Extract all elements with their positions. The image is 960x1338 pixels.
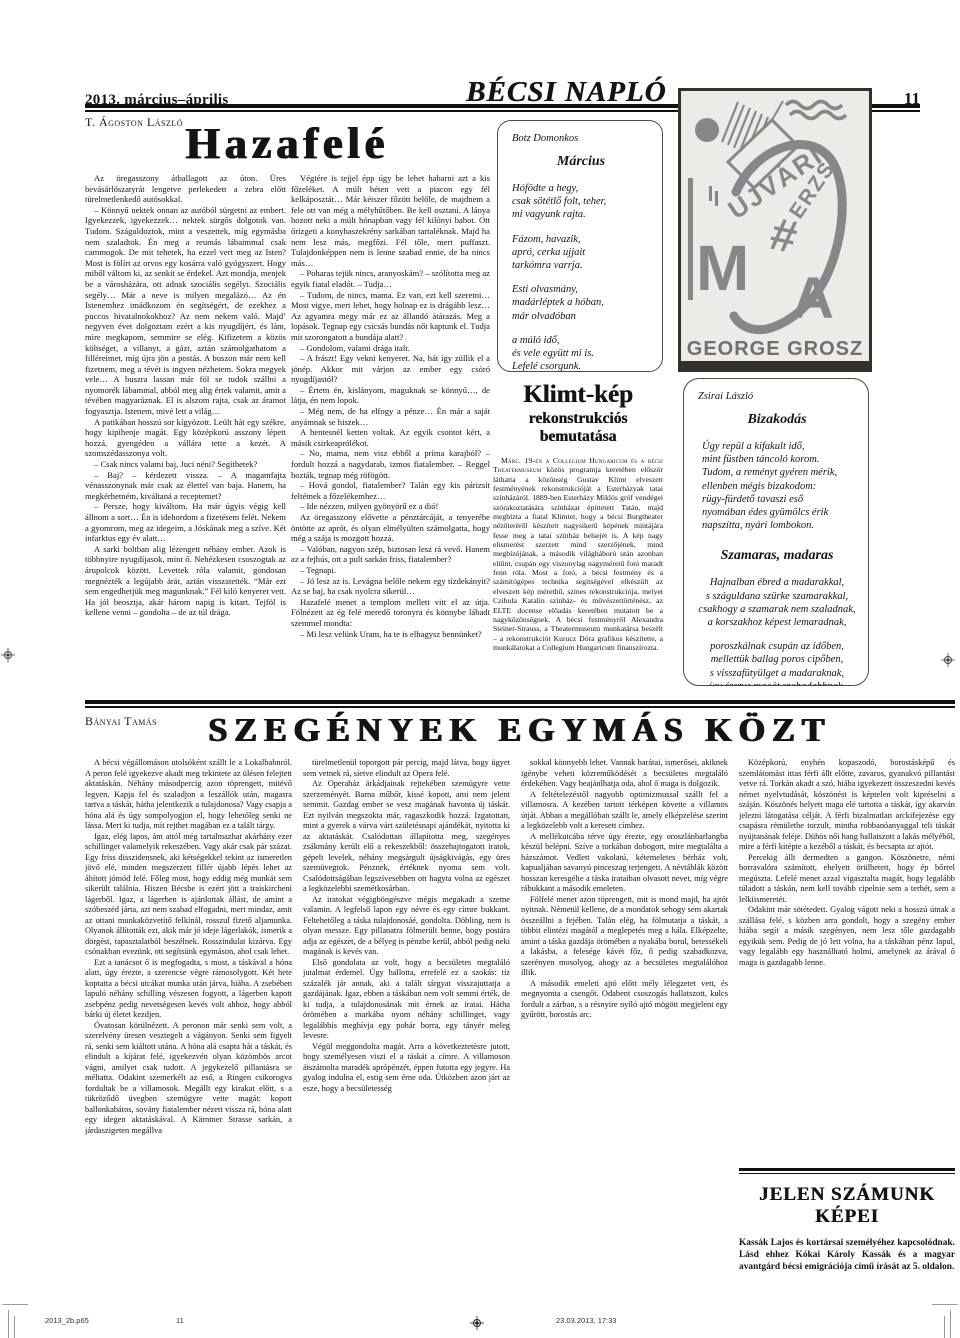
paragraph: A bécsi végállomáson utolsóként szállt l…	[85, 758, 292, 832]
klimt-body-text: közös programja keretében először láthat…	[493, 465, 663, 652]
poem-stanza: Hófödte a hegy,csak sötétlő folt, teher,…	[512, 182, 650, 222]
szegenyek-column-3: sokkal könnyebb lehet. Vannak barátai, i…	[521, 758, 728, 1285]
paragraph: A mellékutcába térve úgy érezte, egy oro…	[521, 832, 728, 895]
paragraph: Középkorú, enyhén kopaszodó, borostáskép…	[739, 758, 955, 853]
paragraph: türelmetlenül toporgott pár percig, majd…	[303, 758, 510, 779]
hazafele-title: Hazafelé	[85, 118, 490, 169]
poem-line: mellettük ballag poros cipőben,	[698, 653, 856, 666]
crop-mark-br-h	[932, 1304, 958, 1305]
poem-line: csak sötétlő folt, teher,	[512, 195, 650, 208]
zsirai-author: Zsirai László	[698, 391, 856, 402]
artwork-letter-m: M	[696, 232, 749, 304]
crop-mark-br-v2	[944, 1316, 945, 1338]
poem-stanza: Hajnalban ébred a madarakkal,s száguldan…	[698, 576, 856, 629]
poem-line: nyomában édes gyümölcs érik	[702, 506, 856, 519]
artwork-ma-cover: UJVÁRI ERZSI # M A GEORGE GROSZ	[678, 88, 872, 372]
poem-stanza: a múló idő,és vele együtt mi is.Lefelé c…	[512, 334, 650, 372]
paragraph: Odakint már sötétedett. Gyalog vágott ne…	[739, 905, 955, 968]
poem-line: s visszafütyülget a madaraknak,	[698, 667, 856, 680]
poem-stanza: Esti olvasmány,madárléptek a hóban,már o…	[512, 283, 650, 323]
szamaras-title: Szamaras, madaras	[698, 548, 856, 564]
paragraph: A második emeleti ajtó előtt mély lélegz…	[521, 979, 728, 1021]
paragraph: – Mi lesz velünk Uram, ha te is elhagysz…	[291, 629, 490, 640]
tick-shape-1	[709, 186, 712, 201]
crop-mark-br-v	[950, 1310, 951, 1338]
footer-filename: 2013_2b.p65	[45, 1316, 89, 1325]
poem-line: madárléptek a hóban,	[512, 296, 650, 309]
paragraph: Végül meggondolta magát. Arra a következ…	[303, 1042, 510, 1095]
poem-line: már olvadóban	[512, 310, 650, 323]
poem-stanza: Fázom, havazik,apró, cerka ujjaittarkómr…	[512, 233, 650, 273]
paragraph: – Értem én, kislányom, maguknak se könny…	[291, 385, 490, 406]
paragraph: Első gondolata az volt, hogy a becsülete…	[303, 958, 510, 1042]
poem-line: Hófödte a hegy,	[512, 182, 650, 195]
paragraph: – Hová gondol, fiatalember? Talán egy ki…	[291, 480, 490, 501]
circle-shape	[695, 118, 719, 142]
marcius-poem-box: Botz Domonkos Március Hófödte a hegy,csa…	[497, 120, 663, 372]
poem-line: Hajnalban ébred a madarakkal,	[698, 576, 856, 589]
footer-page-number: 11	[176, 1316, 184, 1325]
paragraph: Ezt a tanácsot ő is megfogadta, s most, …	[85, 958, 292, 1021]
poem-line: napszítta, nyári lombokon.	[702, 519, 856, 532]
paragraph: – Ide nézzen, milyen gyönyörű ez a dió!	[291, 501, 490, 512]
vertical-bar-shape	[688, 178, 693, 300]
tick-shape-2	[715, 191, 718, 206]
crop-mark-bl-h	[2, 1304, 28, 1305]
poem-stanza: poroszkálnak csupán az időben,mellettük …	[698, 640, 856, 686]
hazafele-column-2: Végtére is tejjel épp úgy be lehet habar…	[291, 173, 490, 691]
klimt-title: Klimt-kép	[493, 382, 663, 408]
paragraph: A feltételezéstől nagyobb optimizmussal …	[521, 790, 728, 832]
marcius-author: Botz Domonkos	[512, 133, 650, 144]
paragraph: Óvatosan körülnézett. A peronon már senk…	[85, 1021, 292, 1137]
paragraph: – Könnyű nektek onnan az autóból sürgetn…	[85, 205, 286, 417]
poem-line: a múló idő,	[512, 334, 650, 347]
newspaper-page: 2013. március–április BÉCSI NAPLÓ 11 T. …	[0, 0, 960, 1338]
poem-line: Úgy repül a kifakult idő,	[702, 440, 856, 453]
paragraph: sokkal könnyebb lehet. Vannak barátai, i…	[521, 758, 728, 790]
section-rule-thin	[85, 706, 955, 708]
paragraph: A hentesnél ketten voltak. Az egyik cson…	[291, 427, 490, 448]
poem-line: és vele együtt mi is.	[512, 347, 650, 360]
poem-line: Esti olvasmány,	[512, 283, 650, 296]
paragraph: Végtére is tejjel épp úgy be lehet habar…	[291, 173, 490, 268]
jelen-rule-thin	[739, 1173, 955, 1174]
poem-line: apró, cerka ujjait	[512, 246, 650, 259]
poem-line: ellenben mégis bizakodom:	[702, 480, 856, 493]
poem-line: rügy-fürdető tavaszi eső	[702, 493, 856, 506]
poem-line: tarkómra varrja.	[512, 259, 650, 272]
crop-mark-bl-v	[8, 1310, 9, 1338]
marcius-title: Március	[512, 154, 650, 170]
hazafele-column-1: Az öregasszony átballagott az úton. Üres…	[85, 173, 286, 691]
paragraph: A sarki boltban alig lézengett néhány em…	[85, 544, 286, 618]
szegenyek-column-4: Középkorú, enyhén kopaszodó, borostáskép…	[739, 758, 955, 1160]
szegenyek-column-1: A bécsi végállomáson utolsóként szállt l…	[85, 758, 292, 1285]
paragraph: Az öregasszony elővette a pénztárcáját, …	[291, 512, 490, 544]
poem-line: csakhogy a szamarak nem szaladnak,	[698, 603, 856, 616]
paragraph: – Poharas tejük nincs, aranyoskám? – szó…	[291, 268, 490, 289]
paragraph: A patikában hosszú sor kígyózott. Leült …	[85, 417, 286, 459]
jelen-box: JELEN SZÁMUNK KÉPEI Kassák Lajos és kort…	[739, 1184, 955, 1273]
poem-line: s száguldana szürke szamarakkal,	[698, 590, 856, 603]
bizakodas-title: Bizakodás	[698, 412, 856, 428]
poem-line: poroszkálnak csupán az időben,	[698, 640, 856, 653]
section-rule-thick	[85, 700, 955, 704]
jelen-body: Kassák Lajos és kortársai személyéhez ka…	[739, 1238, 955, 1273]
artwork-caption-george-grosz: GEORGE GROSZ	[687, 338, 863, 360]
paragraph: – No, mama, nem visz ebből a príma karaj…	[291, 448, 490, 480]
artwork-frame-bottom	[681, 361, 869, 369]
paragraph: – A frászt! Egy vekni kenyeret. Na, hát …	[291, 353, 490, 385]
szegenyek-column-2: türelmetlenül toporgott pár percig, majd…	[303, 758, 510, 1285]
klimt-body: Márc. 19-én a Collegium Hungaricum és a …	[493, 456, 663, 652]
paragraph: Hazafelé menet a templom mellett vitt el…	[291, 597, 490, 629]
paragraph: Percekig állt dermedten a gangon. Köszön…	[739, 853, 955, 906]
bizakodas-lines: Úgy repül a kifakult idő,mint füstben tá…	[698, 440, 856, 532]
poem-line: Tudom, a reményt gyéren mérik,	[702, 466, 856, 479]
paragraph: Az öregasszony átballagott az úton. Üres…	[85, 173, 286, 205]
artwork-letter-a: A	[792, 266, 834, 331]
paragraph: Az Operaház árkádjainak rejtekében szemü…	[303, 779, 510, 895]
marcius-stanzas: Hófödte a hegy,csak sötétlő folt, teher,…	[512, 182, 650, 372]
footer-timestamp: 23.03.2013, 17:33	[556, 1316, 616, 1325]
poem-line: mi vagyunk rajta.	[512, 208, 650, 221]
poem-line: mint füstben táncoló korom.	[702, 453, 856, 466]
klimt-article: Klimt-kép rekonstrukciós bemutatása Márc…	[493, 382, 663, 688]
paragraph: – Csak nincs valami baj, Juci néni? Segí…	[85, 459, 286, 470]
paragraph: – Valóban, nagyon szép, biztosan lesz rá…	[291, 544, 490, 565]
paragraph: – Persze, hogy kiváltom. Ha már úgyis vé…	[85, 501, 286, 543]
crop-mark-bl-v2	[14, 1316, 15, 1338]
zsirai-poem-box: Zsirai László Bizakodás Úgy repül a kifa…	[683, 378, 869, 686]
paragraph: – Tudom, de nincs, mama. Ez van, ezt kel…	[291, 290, 490, 343]
paragraph: – Még nem, de ha elfogy a pénze… Én már …	[291, 406, 490, 427]
jelen-rule-thick	[739, 1168, 955, 1171]
poem-line: a korszakhoz képest lemaradnak,	[698, 616, 856, 629]
registration-mark-left	[1, 648, 15, 662]
poem-line: Lefelé csorgunk.	[512, 360, 650, 372]
paragraph: – Tegnapi.	[291, 565, 490, 576]
szegenyek-title: SZEGÉNYEK EGYMÁS KÖZT	[85, 712, 955, 750]
paragraph: – Jó lesz az is. Levágna belőle nekem eg…	[291, 576, 490, 597]
klimt-subtitle: rekonstrukciós bemutatása	[493, 410, 663, 446]
paragraph: Fölfelé menet azon töprengett, mit is mo…	[521, 895, 728, 979]
szamaras-stanzas: Hajnalban ébred a madarakkal,s száguldan…	[698, 576, 856, 686]
paragraph: – Gondolom, valami drága italt.	[291, 343, 490, 354]
paragraph: Az iratokat végigböngészve mégis megakad…	[303, 895, 510, 958]
registration-mark-right	[941, 653, 955, 667]
paragraph: Igaz, elég lapos, ám attól még tartalmaz…	[85, 832, 292, 958]
artwork-illustration: UJVÁRI ERZSI # M A GEORGE GROSZ	[678, 88, 872, 372]
poem-line: Fázom, havazik,	[512, 233, 650, 246]
registration-mark-bottom	[470, 1316, 484, 1330]
poem-line: így érezve magát szabadabbnak.	[698, 680, 856, 686]
jelen-title: JELEN SZÁMUNK KÉPEI	[739, 1184, 955, 1228]
paragraph: – Baj? – kérdezett vissza. – A magamfajt…	[85, 470, 286, 502]
